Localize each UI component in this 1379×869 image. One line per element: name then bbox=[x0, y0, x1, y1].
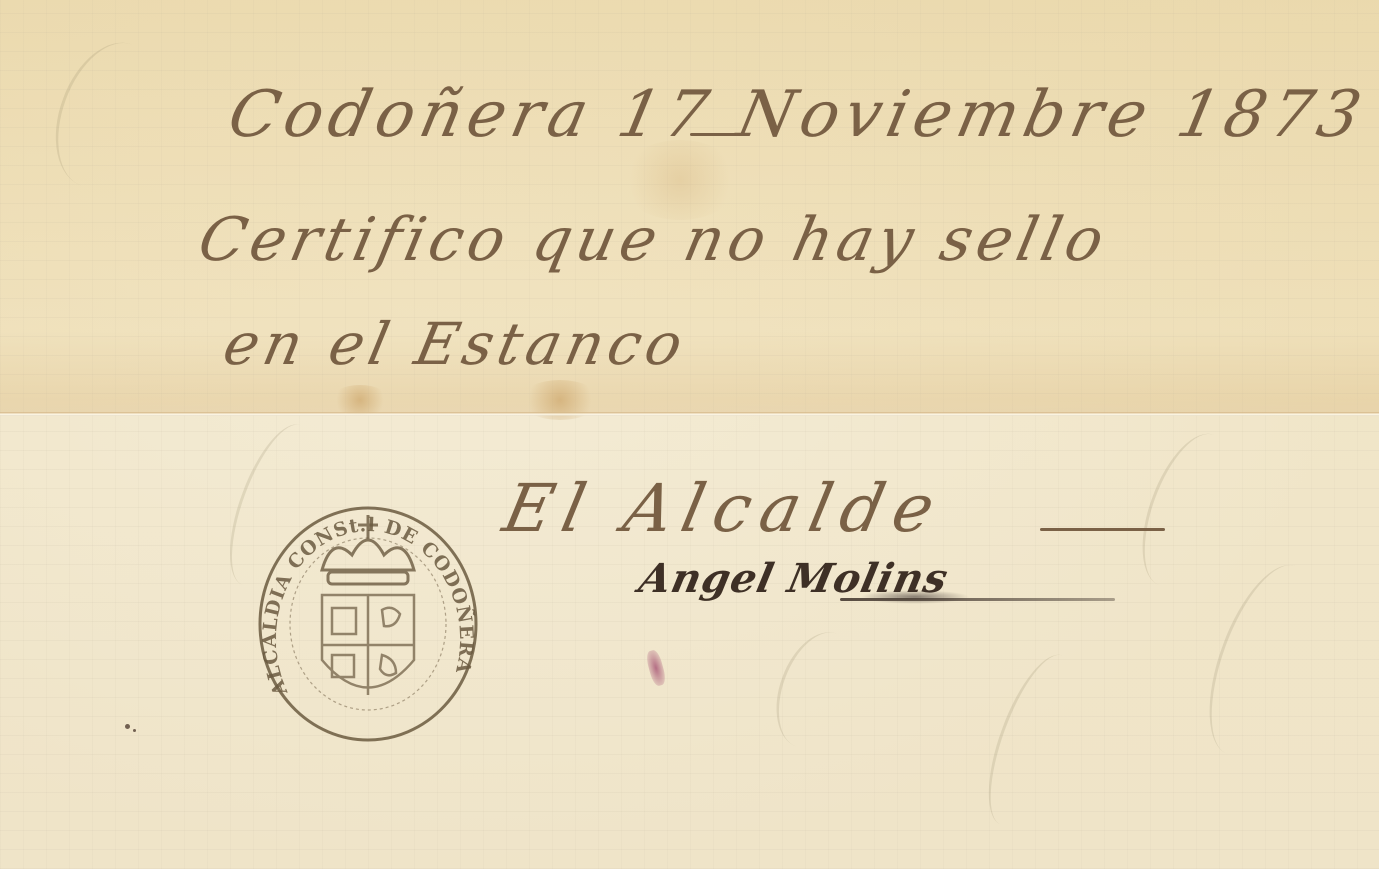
bleed-through-stroke bbox=[971, 645, 1092, 836]
signature-ink-blot bbox=[860, 590, 970, 604]
ink-speck bbox=[125, 724, 130, 729]
title-flourish bbox=[1040, 528, 1165, 531]
municipal-seal-icon: ALCALDIA CONSt.l DE CODOÑERA bbox=[252, 500, 484, 744]
mayor-title: El Alcalde bbox=[497, 470, 951, 547]
bleed-through-stroke bbox=[1188, 552, 1334, 768]
ink-speck bbox=[133, 729, 136, 732]
coat-of-arms-icon bbox=[322, 595, 414, 695]
certification-line-2: en el Estanco bbox=[218, 310, 694, 378]
pink-ink-mark bbox=[645, 649, 668, 687]
certification-line-1: Certifico que no hay sello bbox=[193, 205, 1115, 275]
signature-rule bbox=[840, 598, 1115, 601]
bleed-through-stroke bbox=[762, 621, 872, 759]
paper-fold bbox=[0, 412, 1379, 416]
bleed-through-stroke bbox=[1125, 422, 1248, 597]
date-flourish bbox=[690, 133, 740, 136]
water-stain bbox=[330, 385, 390, 415]
document-page: Codoñera 17 Noviembre 1873 Certifico que… bbox=[0, 0, 1379, 869]
date-line: Codoñera 17 Noviembre 1873 bbox=[222, 78, 1373, 152]
